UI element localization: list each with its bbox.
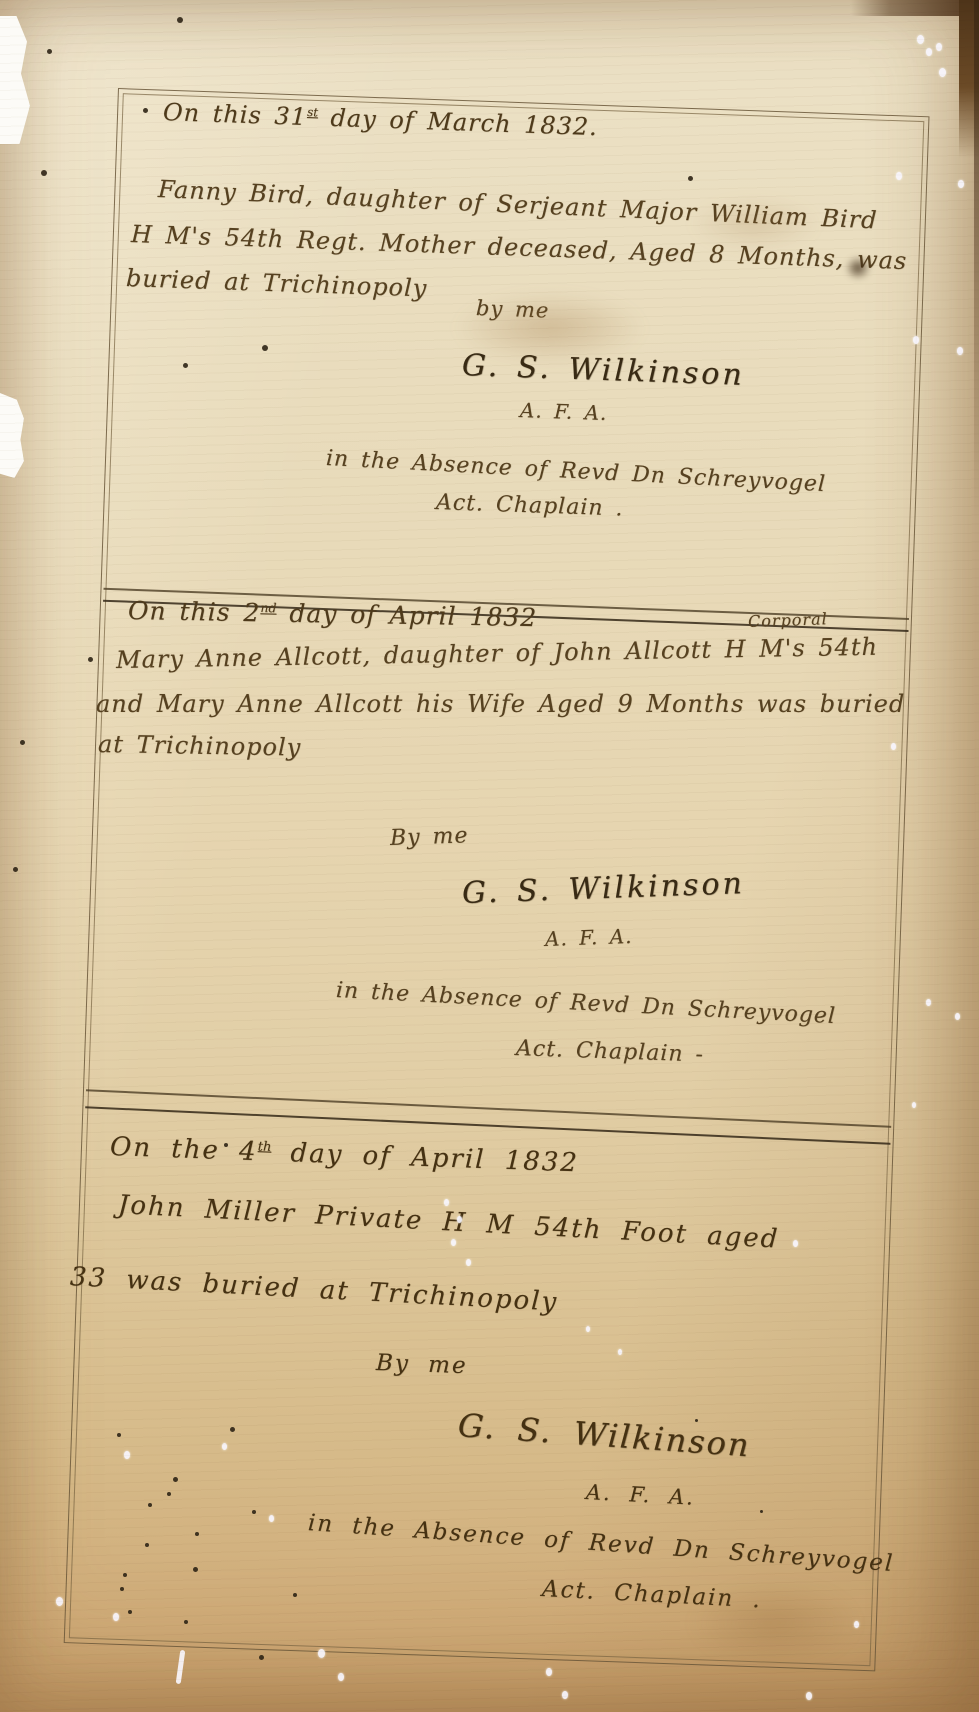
ink-speck	[47, 49, 52, 54]
ink-speck	[695, 1419, 698, 1422]
white-fleck	[222, 1443, 227, 1450]
white-fleck	[926, 999, 931, 1006]
ink-speck	[88, 657, 93, 662]
ink-speck	[760, 1510, 763, 1513]
ink-speck	[293, 1593, 297, 1597]
ink-speck	[195, 1532, 199, 1536]
white-fleck	[891, 743, 896, 750]
ink-speck	[183, 363, 188, 368]
ink-speck	[173, 1477, 178, 1482]
ink-speck	[184, 1620, 188, 1624]
ink-speck	[123, 1573, 127, 1577]
white-fleck	[113, 1613, 119, 1621]
ink-speck	[177, 17, 183, 23]
ink-speck	[252, 1510, 256, 1514]
white-fleck	[926, 48, 932, 56]
interlinear-insertion-corporal: Corporal	[748, 609, 828, 631]
white-fleck	[444, 1199, 449, 1206]
signature-credential: A. F. A.	[520, 398, 608, 425]
white-fleck	[124, 1451, 130, 1459]
white-fleck	[806, 1692, 812, 1700]
ink-speck	[143, 108, 148, 113]
white-fleck	[318, 1649, 325, 1658]
white-fleck	[457, 1216, 462, 1223]
ink-speck	[167, 1492, 171, 1496]
ink-speck	[193, 1567, 198, 1572]
attestation-by-me: By me	[390, 823, 469, 851]
white-fleck	[338, 1673, 344, 1681]
ink-speck	[117, 1433, 121, 1437]
paper-tear	[0, 393, 24, 478]
ink-speck	[148, 1503, 152, 1507]
white-fleck	[269, 1515, 274, 1522]
ink-speck	[224, 1143, 228, 1147]
entry-body-line: and Mary Anne Allcott his Wife Aged 9 Mo…	[96, 690, 905, 718]
white-fleck	[618, 1349, 622, 1355]
white-fleck	[955, 1013, 960, 1020]
white-fleck	[912, 1102, 916, 1108]
white-fleck	[586, 1326, 590, 1332]
signature-credential: A. F. A.	[545, 924, 633, 951]
white-fleck	[936, 43, 942, 51]
register-page-photo: On this 31st day of March 1832. Fanny Bi…	[0, 0, 979, 1712]
date-text: On the 4	[109, 1132, 258, 1167]
date-ordinal-suffix: st	[307, 105, 318, 119]
white-fleck	[913, 336, 919, 344]
ink-speck	[20, 740, 25, 745]
attestation-by-me: by me	[476, 296, 550, 323]
ink-speck	[41, 170, 47, 176]
white-fleck	[917, 35, 924, 44]
white-fleck	[562, 1691, 568, 1699]
white-fleck	[896, 172, 902, 180]
ink-speck	[128, 1610, 132, 1614]
white-fleck	[854, 1621, 859, 1628]
ink-speck	[688, 176, 693, 181]
white-fleck	[958, 180, 964, 188]
ink-speck	[262, 345, 268, 351]
ink-speck	[230, 1427, 235, 1432]
white-fleck	[466, 1259, 471, 1266]
white-fleck	[546, 1668, 552, 1676]
ink-speck	[120, 1587, 124, 1591]
white-fleck	[451, 1239, 456, 1246]
white-fleck	[957, 347, 963, 355]
ink-speck	[145, 1543, 149, 1547]
binding-edge	[974, 0, 979, 520]
paper-tear	[0, 16, 30, 144]
white-fleck	[939, 68, 946, 77]
attestation-by-me: By me	[376, 1350, 468, 1379]
ink-speck	[13, 867, 18, 872]
date-ordinal-suffix: nd	[260, 600, 276, 615]
date-ordinal-suffix: th	[258, 1140, 272, 1155]
date-text: On this 31	[163, 98, 308, 131]
entry-body-line: at Trichinopoly	[98, 730, 302, 762]
date-text: On this 2	[128, 596, 261, 627]
ink-speck	[259, 1655, 264, 1660]
white-scratch	[176, 1650, 186, 1684]
white-fleck	[56, 1597, 63, 1606]
white-fleck	[793, 1240, 798, 1247]
date-text: day of April 1832	[276, 599, 537, 633]
